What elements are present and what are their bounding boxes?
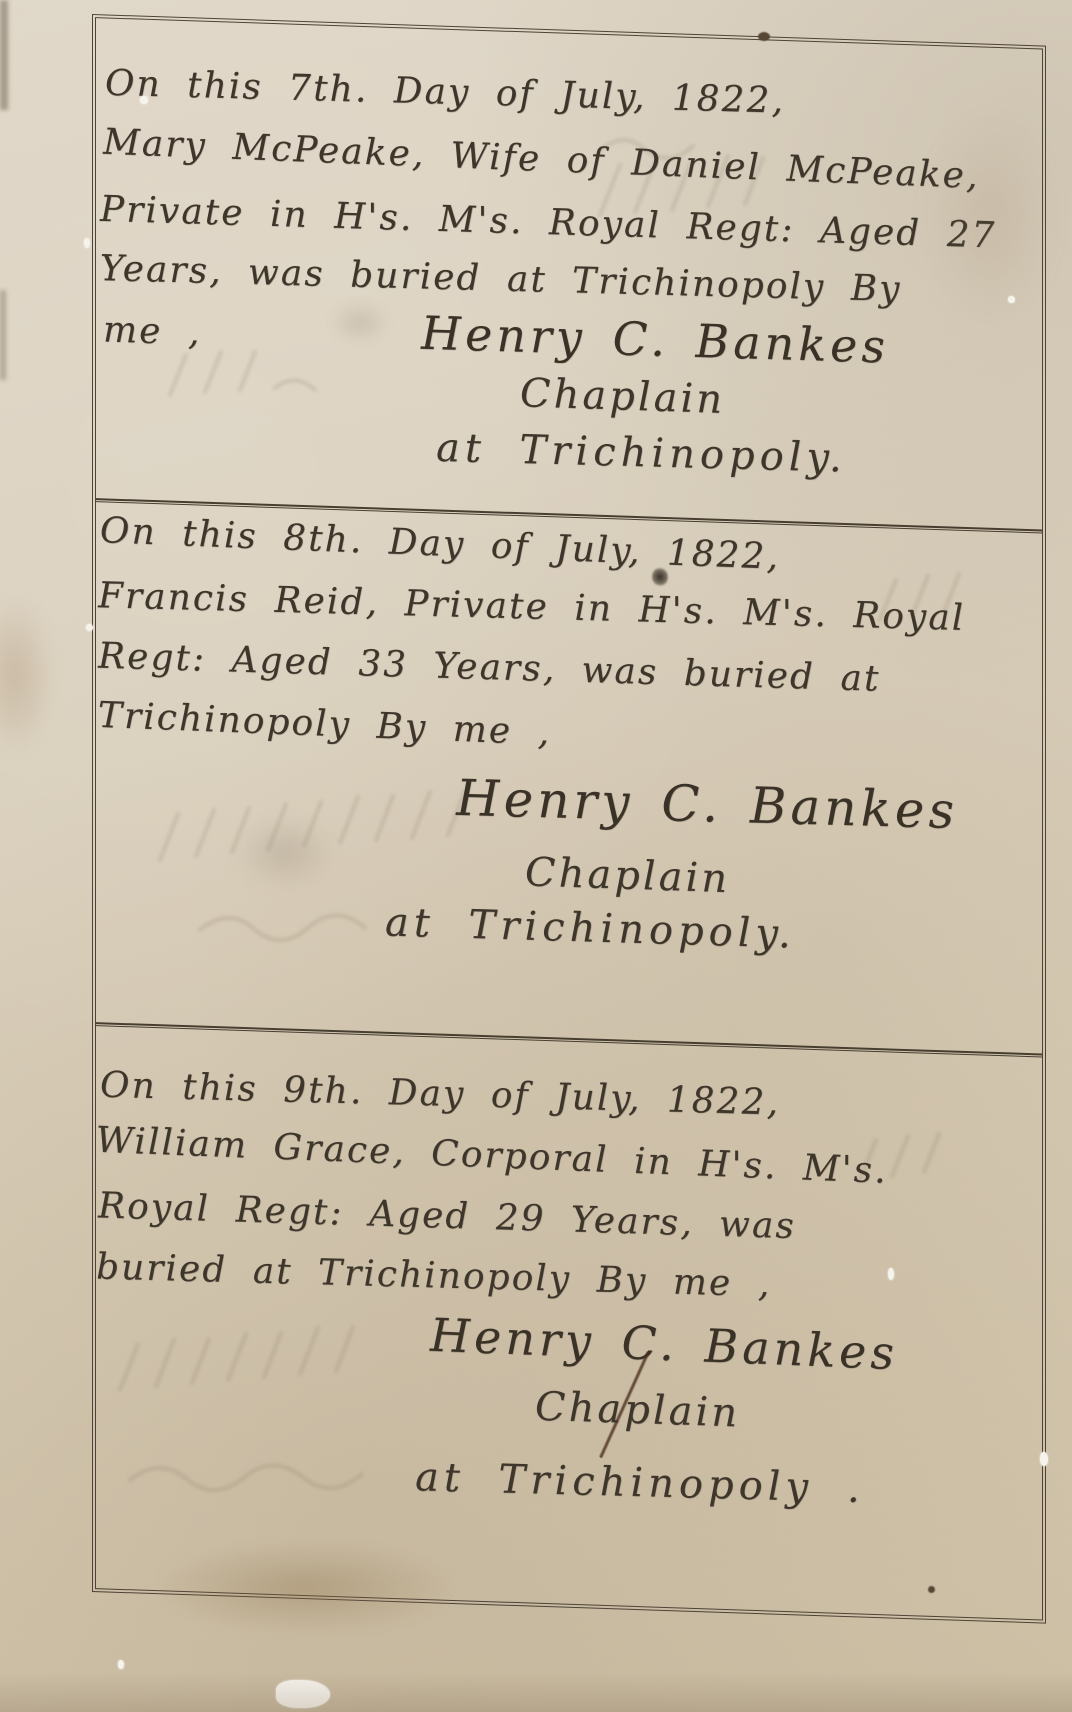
photo-edge-shadow bbox=[0, 1672, 1072, 1712]
speck bbox=[1040, 1452, 1048, 1466]
signature-place: at Trichinopoly . bbox=[415, 1452, 865, 1514]
burial-entry-3: On this 9th. Day of July, 1822, William … bbox=[96, 18, 1042, 49]
stain bbox=[330, 300, 390, 345]
entry-line: buried at Trichinopoly By me , bbox=[96, 1244, 771, 1307]
entry-line: me , bbox=[103, 307, 201, 355]
entry-line: Trichinopoly By me , bbox=[98, 693, 551, 756]
speck bbox=[928, 1586, 935, 1593]
burial-entry-1: On this 7th. Day of July, 1822, Mary McP… bbox=[96, 18, 1042, 49]
ink-blot bbox=[652, 567, 668, 588]
signature: Henry C. Bankes bbox=[421, 305, 889, 376]
speck bbox=[118, 1660, 124, 1669]
stain bbox=[235, 815, 335, 890]
photo-edge-shadow bbox=[0, 290, 6, 380]
burial-entry-2: On this 8th. Day of July, 1822, Francis … bbox=[96, 18, 1042, 49]
speck bbox=[140, 96, 148, 104]
speck bbox=[84, 238, 90, 248]
entry-line: Private in H's. M's. Royal Regt: Aged 27 bbox=[100, 187, 997, 259]
entry-line: Mary McPeake, Wife of Daniel McPeake, bbox=[103, 120, 980, 199]
speck bbox=[1008, 296, 1015, 303]
entry-divider bbox=[96, 1022, 1042, 1057]
signature: Henry C. Bankes bbox=[456, 767, 958, 843]
signature-role: Chaplain bbox=[535, 1382, 740, 1439]
entry-line: William Grace, Corporal in H's. M's. bbox=[96, 1118, 888, 1194]
signature-place: at Trichinopoly. bbox=[436, 423, 847, 484]
entry-line: On this 9th. Day of July, 1822, bbox=[100, 1063, 780, 1126]
signature: Henry C. Bankes bbox=[430, 1307, 898, 1383]
entry-line: On this 7th. Day of July, 1822, bbox=[105, 61, 785, 124]
register-page: On this 7th. Day of July, 1822, Mary McP… bbox=[0, 0, 1072, 1712]
photo-edge-shadow bbox=[0, 0, 8, 110]
entry-line: Royal Regt: Aged 29 Years, was bbox=[98, 1183, 796, 1249]
speck bbox=[888, 1268, 894, 1280]
stain bbox=[0, 595, 55, 755]
stain bbox=[150, 1540, 460, 1635]
entry-line: Francis Reid, Private in H's. M's. Royal bbox=[98, 573, 966, 641]
speck bbox=[86, 624, 93, 631]
stain bbox=[920, 110, 1060, 330]
entry-line: Regt: Aged 33 Years, was buried at bbox=[98, 634, 881, 702]
signature-place: at Trichinopoly. bbox=[385, 897, 796, 959]
signature-role: Chaplain bbox=[520, 368, 725, 425]
signature-role: Chaplain bbox=[525, 847, 730, 904]
register-frame: On this 7th. Day of July, 1822, Mary McP… bbox=[92, 14, 1046, 1624]
entry-line: Years, was buried at Trichinopoly By bbox=[100, 246, 902, 312]
speck bbox=[758, 32, 770, 41]
